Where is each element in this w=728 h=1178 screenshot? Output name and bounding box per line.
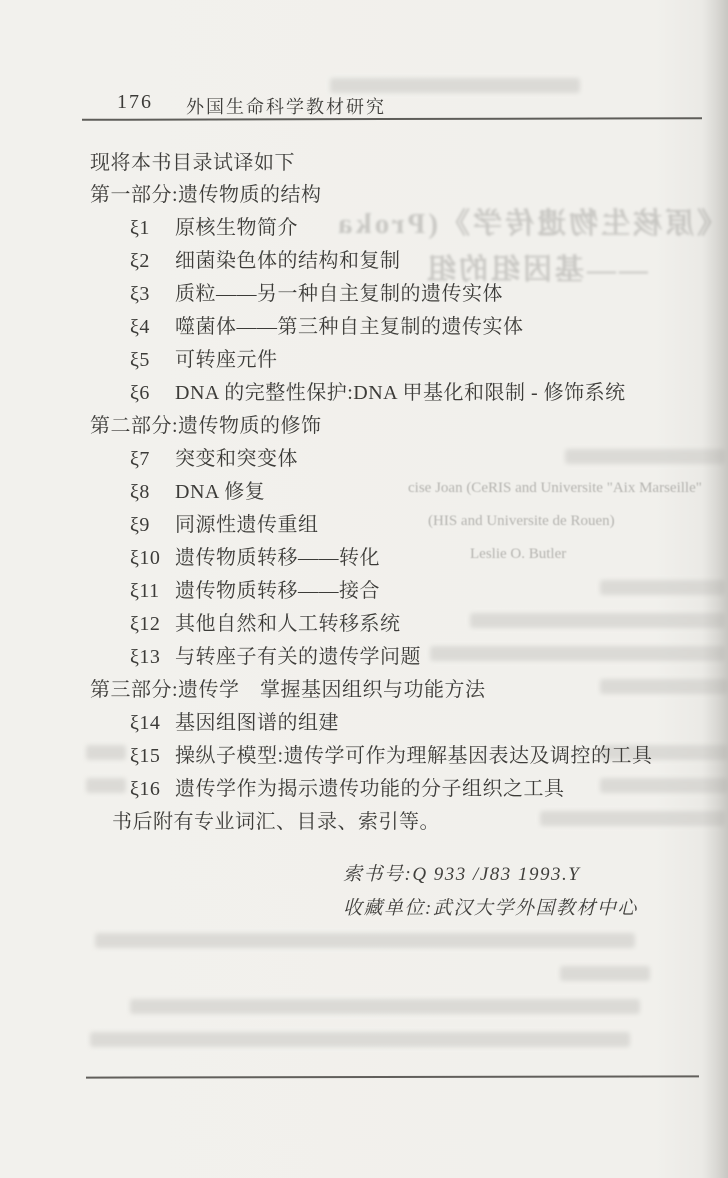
- toc-list: 第一部分:遗传物质的结构ξ1原核生物简介ξ2细菌染色体的结构和复制ξ3质粒——另…: [90, 179, 728, 839]
- section-title: DNA 的完整性保护:DNA 甲基化和限制 - 修饰系统: [175, 382, 626, 404]
- section-number: ξ2: [130, 245, 175, 278]
- toc-item-row: ξ16遗传学作为揭示遗传功能的分子组织之工具: [90, 773, 728, 806]
- section-title: 基因组图谱的组建: [175, 712, 339, 734]
- toc-item-row: ξ4噬菌体——第三种自主复制的遗传实体: [90, 311, 728, 344]
- section-title: 细菌染色体的结构和复制: [175, 250, 401, 272]
- running-head-book-title: 外国生命科学教材研究: [186, 93, 386, 119]
- intro-line: 现将本书目录试译如下: [90, 146, 295, 175]
- toc-part-row: 第三部分:遗传学 掌握基因组织与功能方法: [90, 674, 728, 707]
- section-title: 与转座子有关的遗传学问题: [175, 646, 421, 668]
- toc-part-row: 第一部分:遗传物质的结构: [90, 179, 728, 212]
- section-number: ξ1: [130, 212, 175, 245]
- section-title: 其他自然和人工转移系统: [175, 613, 401, 635]
- toc-item-row: ξ9同源性遗传重组: [90, 509, 728, 542]
- section-number: ξ16: [130, 773, 175, 806]
- toc-item-row: ξ13与转座子有关的遗传学问题: [90, 641, 728, 674]
- section-title: 遗传学作为揭示遗传功能的分子组织之工具: [175, 778, 565, 800]
- section-number: ξ7: [130, 443, 175, 476]
- toc-plain-row: 书后附有专业词汇、目录、索引等。: [90, 806, 728, 839]
- toc-item-row: ξ1原核生物简介: [90, 212, 728, 245]
- section-title: 遗传物质转移——接合: [175, 580, 380, 602]
- section-number: ξ5: [130, 344, 175, 377]
- section-title: 噬菌体——第三种自主复制的遗传实体: [175, 316, 524, 338]
- section-title: 突变和突变体: [175, 448, 298, 470]
- section-number: ξ10: [130, 542, 175, 575]
- toc-item-row: ξ7突变和突变体: [90, 443, 728, 476]
- section-number: ξ14: [130, 707, 175, 740]
- toc-item-row: ξ8DNA 修复: [90, 476, 728, 509]
- section-number: ξ13: [130, 641, 175, 674]
- toc-item-row: ξ14基因组图谱的组建: [90, 707, 728, 740]
- section-number: ξ15: [130, 740, 175, 773]
- section-title: 原核生物简介: [175, 217, 298, 239]
- toc-part-row: 第二部分:遗传物质的修饰: [90, 410, 728, 443]
- section-title: DNA 修复: [175, 481, 265, 503]
- section-title: 同源性遗传重组: [175, 514, 319, 536]
- call-number-line: 索书号:Q 933 /J83 1993.Y: [343, 859, 580, 886]
- section-title: 质粒——另一种自主复制的遗传实体: [175, 283, 503, 305]
- section-number: ξ3: [130, 278, 175, 311]
- toc-item-row: ξ11遗传物质转移——接合: [90, 575, 728, 608]
- section-number: ξ12: [130, 608, 175, 641]
- page-edge-shade: [702, 0, 728, 1178]
- toc-item-row: ξ10遗传物质转移——转化: [90, 542, 728, 575]
- toc-item-row: ξ6DNA 的完整性保护:DNA 甲基化和限制 - 修饰系统: [90, 377, 728, 410]
- section-number: ξ11: [130, 575, 175, 608]
- section-number: ξ6: [130, 377, 175, 410]
- section-title: 遗传物质转移——转化: [175, 547, 380, 569]
- toc-item-row: ξ15操纵子模型:遗传学可作为理解基因表达及调控的工具: [90, 740, 728, 773]
- toc-item-row: ξ3质粒——另一种自主复制的遗传实体: [90, 278, 728, 311]
- section-title: 可转座元件: [175, 349, 278, 371]
- section-number: ξ4: [130, 311, 175, 344]
- holding-unit-line: 收藏单位:武汉大学外国教材中心: [343, 893, 638, 920]
- page-number: 176: [117, 91, 153, 114]
- toc-item-row: ξ5可转座元件: [90, 344, 728, 377]
- toc-item-row: ξ12其他自然和人工转移系统: [90, 608, 728, 641]
- section-title: 操纵子模型:遗传学可作为理解基因表达及调控的工具: [175, 745, 653, 767]
- section-number: ξ9: [130, 509, 175, 542]
- toc-item-row: ξ2细菌染色体的结构和复制: [90, 245, 728, 278]
- section-number: ξ8: [130, 476, 175, 509]
